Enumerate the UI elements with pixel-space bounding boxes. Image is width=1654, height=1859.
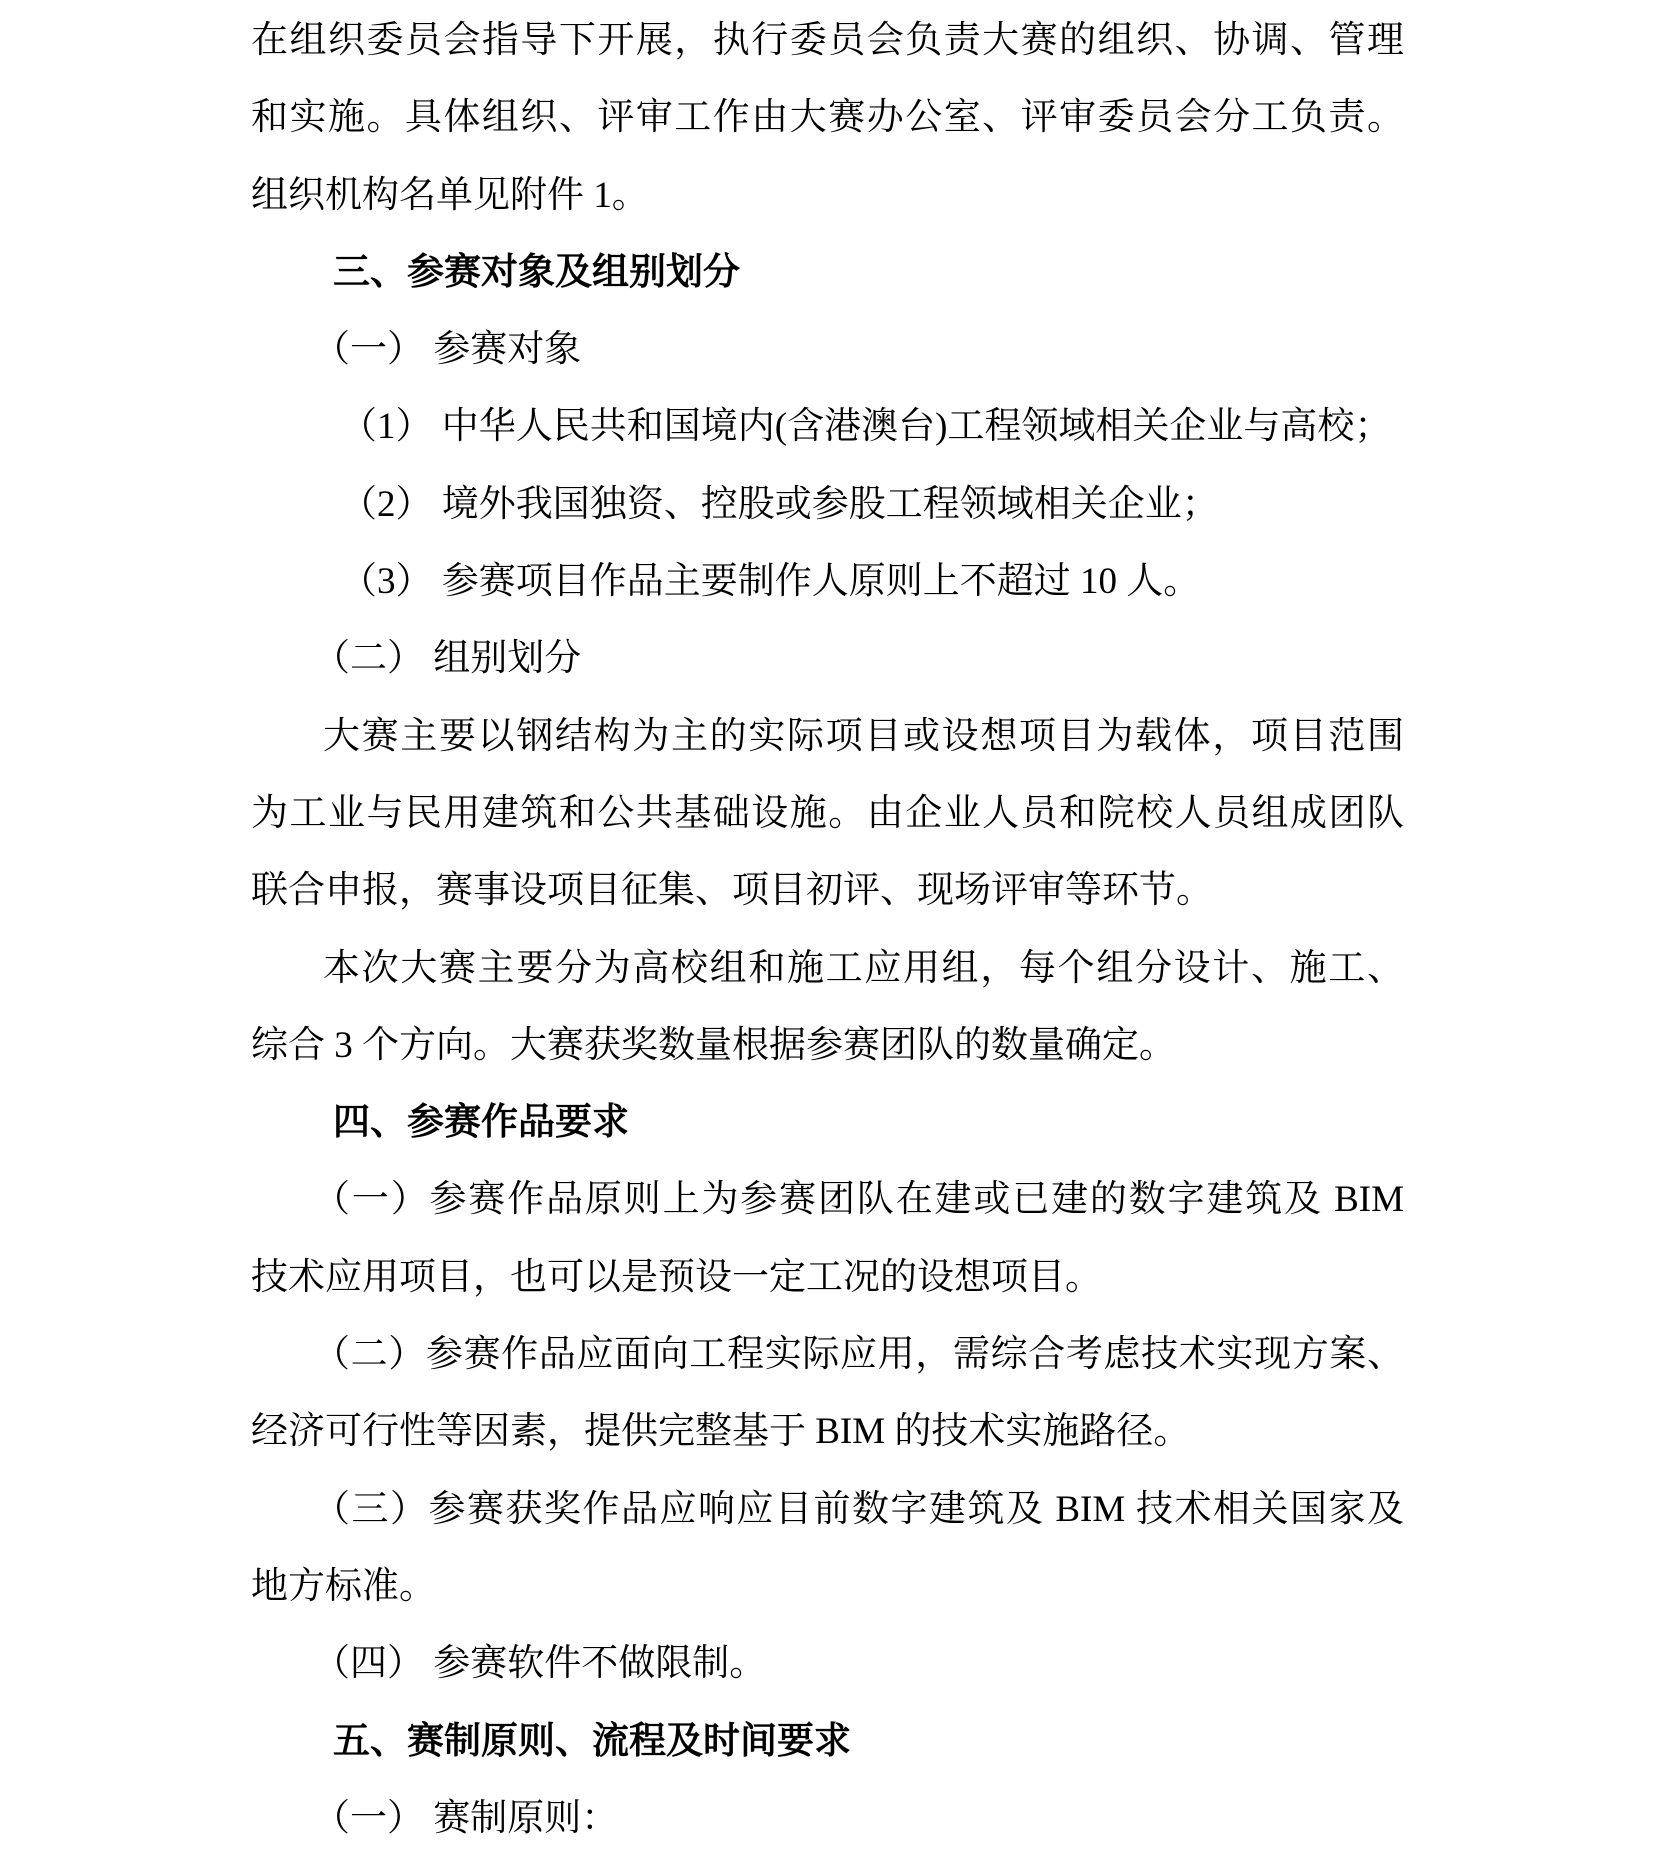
paragraph-line: 综合 3 个方向。大赛获奖数量根据参赛团队的数量确定。 bbox=[0, 1007, 1654, 1084]
paragraph-line: 和实施。具体组织、评审工作由大赛办公室、评审委员会分工负责。 bbox=[0, 79, 1654, 156]
paragraph-line: 本次大赛主要分为高校组和施工应用组，每个组分设计、施工、 bbox=[0, 930, 1654, 1007]
document-page: { "page": { "background": "#ffffff", "te… bbox=[0, 0, 1654, 1859]
list-item-line: （3） 参赛项目作品主要制作人原则上不超过 10 人。 bbox=[0, 543, 1654, 620]
paragraph-line: 在组织委员会指导下开展，执行委员会负责大赛的组织、协调、管理 bbox=[0, 2, 1654, 79]
paragraph-line: 地方标准。 bbox=[0, 1548, 1654, 1625]
sub-heading: （一） 参赛对象 bbox=[0, 311, 1654, 388]
list-item-line: （1） 中华人民共和国境内(含港澳台)工程领域相关企业与高校； bbox=[0, 388, 1654, 465]
list-item-line: （二）参赛作品应面向工程实际应用，需综合考虑技术实现方案、 bbox=[0, 1316, 1654, 1393]
paragraph-line: 组织机构名单见附件 1。 bbox=[0, 157, 1654, 234]
list-item-line: （三）参赛获奖作品应响应目前数字建筑及 BIM 技术相关国家及 bbox=[0, 1471, 1654, 1548]
paragraph-line: 为工业与民用建筑和公共基础设施。由企业人员和院校人员组成团队 bbox=[0, 775, 1654, 852]
section-heading: 四、参赛作品要求 bbox=[0, 1084, 1654, 1161]
list-item-line: （一）参赛作品原则上为参赛团队在建或已建的数字建筑及 BIM bbox=[0, 1161, 1654, 1238]
sub-heading: （一） 赛制原则： bbox=[0, 1780, 1654, 1857]
document-content: 在组织委员会指导下开展，执行委员会负责大赛的组织、协调、管理和实施。具体组织、评… bbox=[0, 2, 1654, 1857]
list-item-line: （2） 境外我国独资、控股或参股工程领域相关企业； bbox=[0, 466, 1654, 543]
list-item-line: （四） 参赛软件不做限制。 bbox=[0, 1625, 1654, 1702]
paragraph-line: 大赛主要以钢结构为主的实际项目或设想项目为载体，项目范围 bbox=[0, 698, 1654, 775]
sub-heading: （二） 组别划分 bbox=[0, 620, 1654, 697]
paragraph-line: 联合申报，赛事设项目征集、项目初评、现场评审等环节。 bbox=[0, 852, 1654, 929]
paragraph-line: 技术应用项目，也可以是预设一定工况的设想项目。 bbox=[0, 1239, 1654, 1316]
paragraph-line: 经济可行性等因素，提供完整基于 BIM 的技术实施路径。 bbox=[0, 1393, 1654, 1470]
section-heading: 三、参赛对象及组别划分 bbox=[0, 234, 1654, 311]
section-heading: 五、赛制原则、流程及时间要求 bbox=[0, 1703, 1654, 1780]
